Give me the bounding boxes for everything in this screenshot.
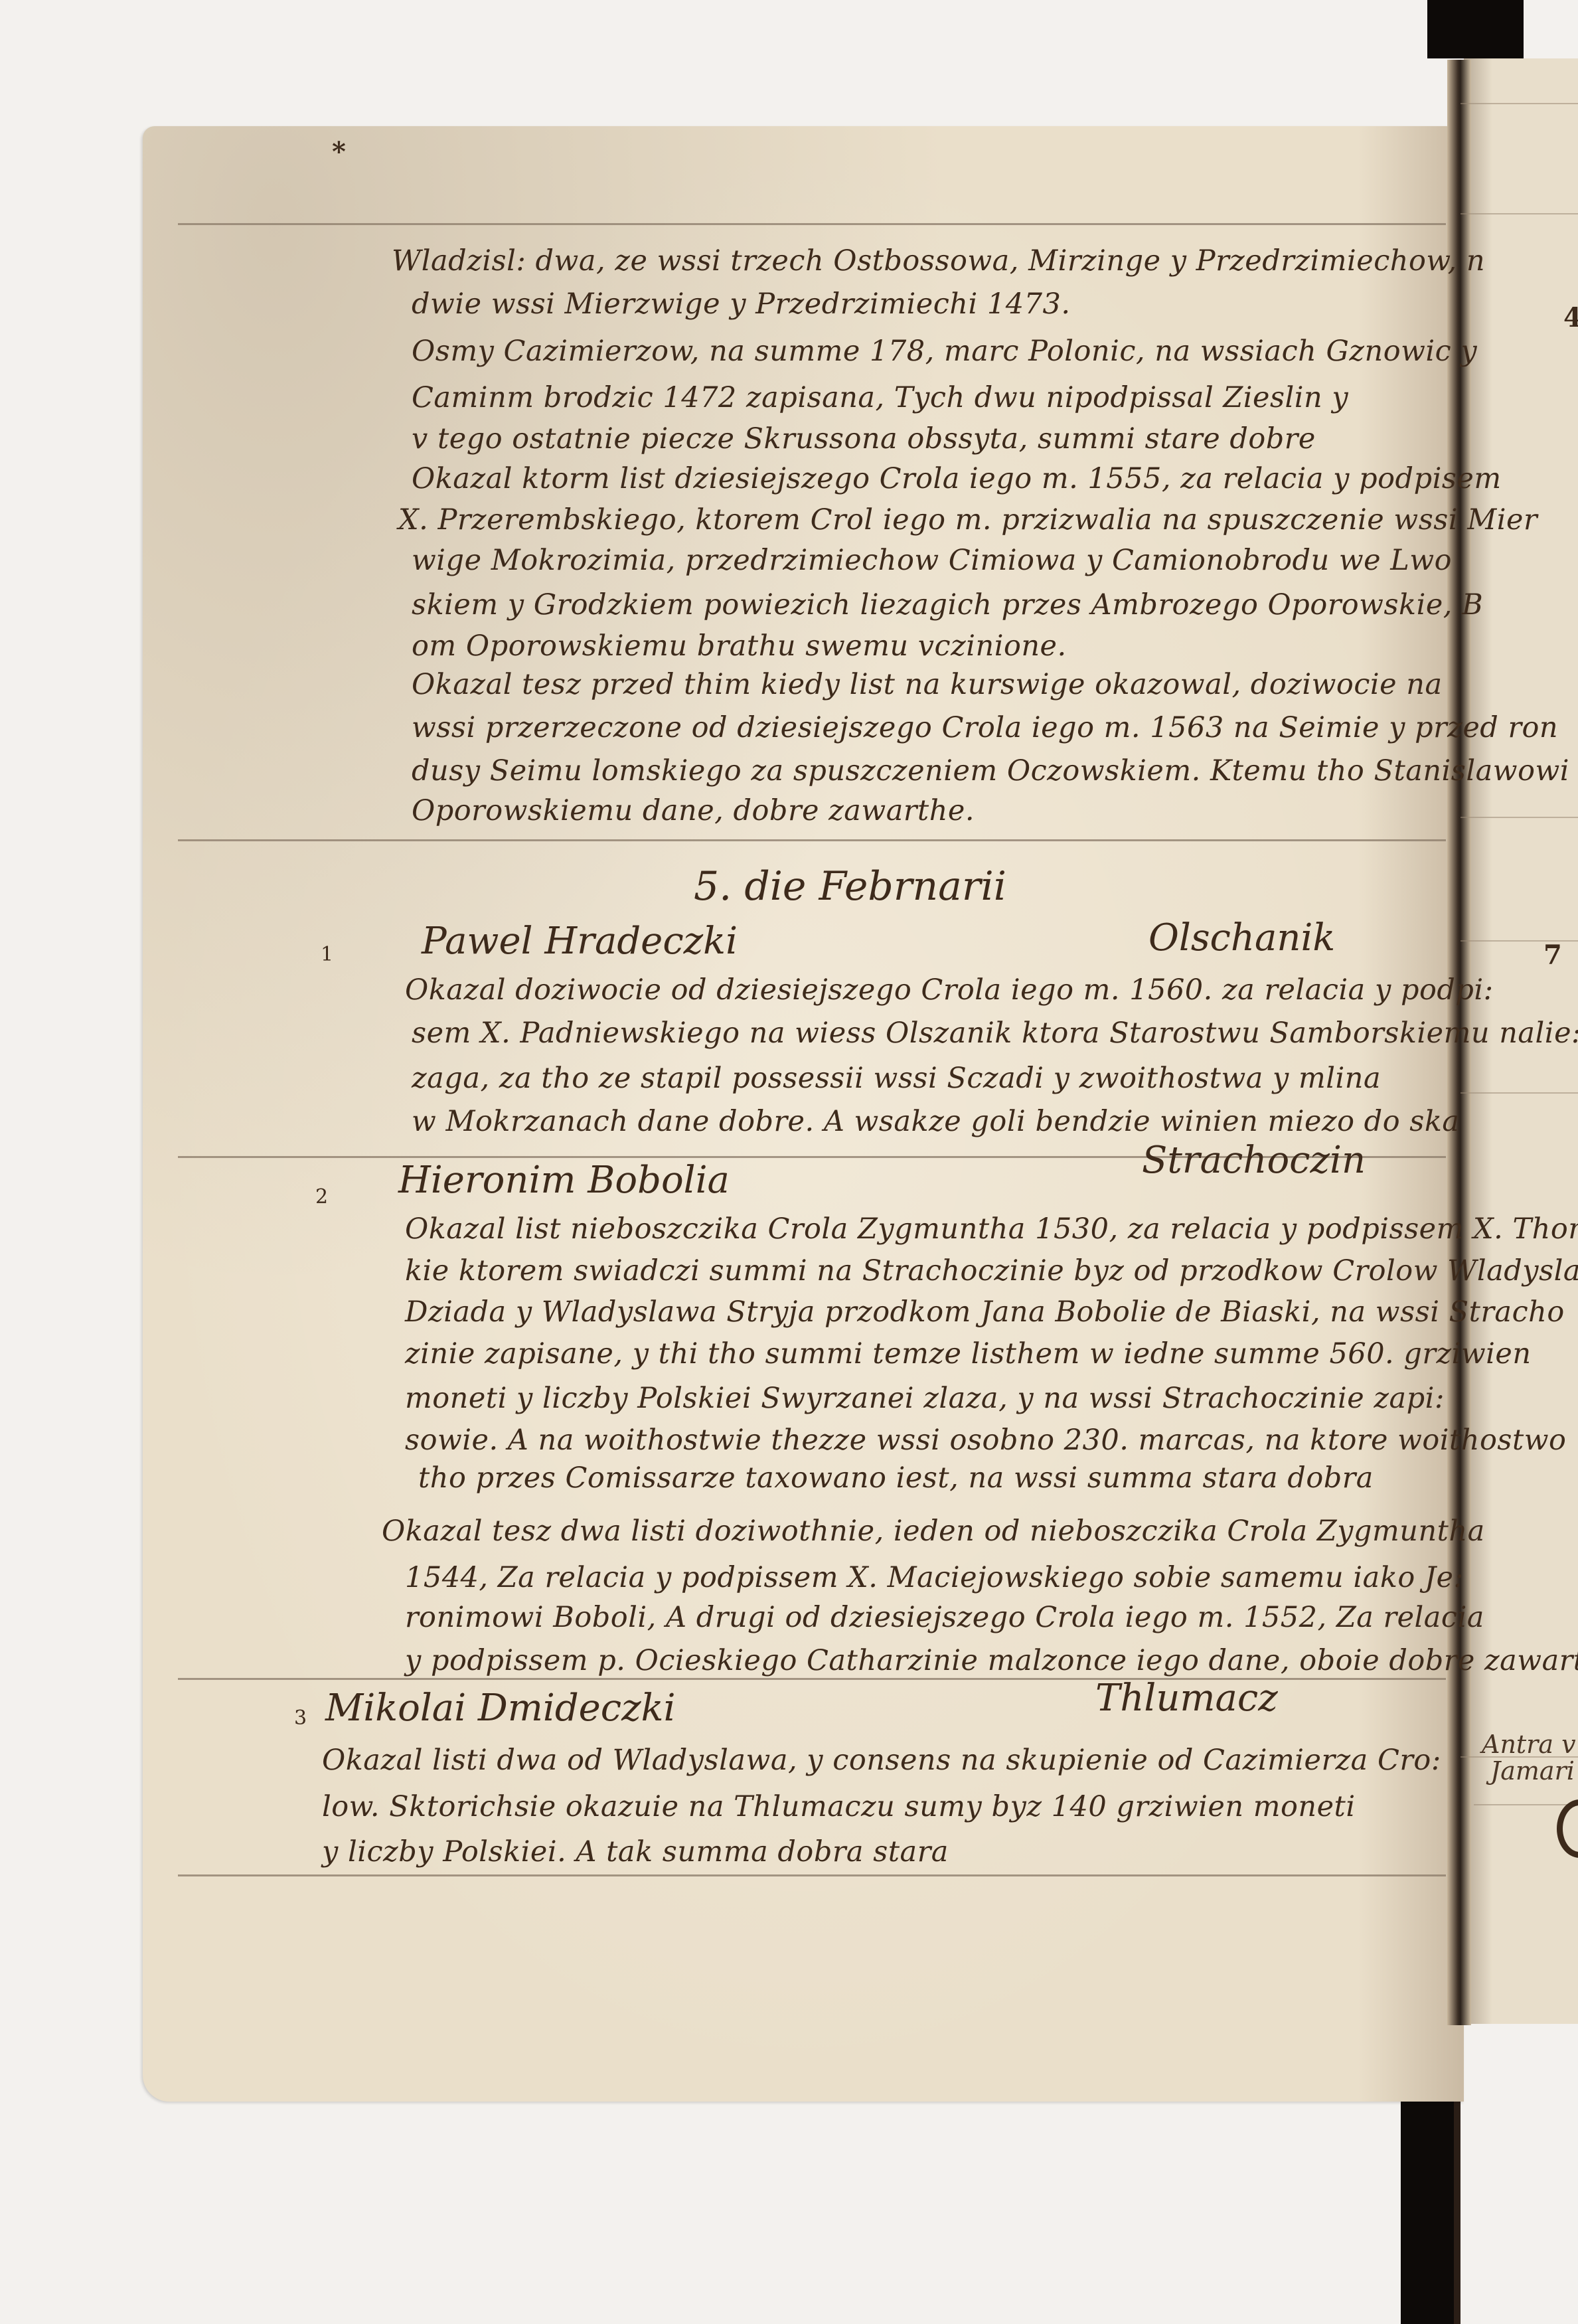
text-line: sem X. Padniewskiego na wiess Olszanik k… [412, 1019, 1578, 1048]
text-line: Oporowskiemu dane, dobre zawarthe. [412, 797, 975, 825]
right-page-text: Antra v [1482, 1730, 1576, 1759]
ruled-line-after-entry-3 [178, 1874, 1446, 1876]
right-page-text: Jamari [1490, 1756, 1575, 1785]
text-line: dwie wssi Mierzwige y Przedrzimiechi 147… [412, 290, 1071, 319]
entry-place: Thlumacz [1095, 1677, 1278, 1720]
right-page-number: 7 [1543, 940, 1562, 971]
text-line: Okazal doziwocie od dziesiejszego Crola … [405, 976, 1494, 1005]
text-line: wssi przerzeczone od dziesiejszego Crola… [412, 714, 1558, 742]
binding-strip-top [1427, 0, 1524, 58]
text-line: v tego ostatnie piecze Skrussona obssyta… [412, 425, 1316, 454]
text-line: Okazal tesz przed thim kiedy list na kur… [412, 671, 1443, 699]
text-line: Caminm brodzic 1472 zapisana, Tych dwu n… [412, 384, 1348, 412]
entry-number: 1 [321, 943, 333, 966]
right-page-rule [1460, 213, 1578, 214]
text-line: zinie zapisane, y thi tho summi temze li… [405, 1340, 1532, 1369]
text-line: tho przes Comissarze taxowano iest, na w… [418, 1464, 1374, 1493]
date-heading: 5. die Febrnarii [694, 863, 1006, 910]
entry-number: 3 [294, 1706, 307, 1730]
text-line: kie ktorem swiadczi summi na Strachoczin… [405, 1257, 1578, 1286]
text-line: om Oporowskiemu brathu swemu vczinione. [412, 632, 1067, 661]
text-line: zaga, za tho ze stapil possessii wssi Sc… [412, 1064, 1381, 1093]
entry-name: Hieronim Bobolia [398, 1159, 730, 1202]
entry-name: Pawel Hradeczki [422, 920, 738, 963]
text-line: y liczby Polskiei. A tak summa dobra sta… [322, 1838, 949, 1867]
right-page-rule [1460, 817, 1578, 818]
text-line: y podpissem p. Ocieskiego Catharzinie ma… [405, 1647, 1578, 1675]
text-line: X. Przerembskiego, ktorem Crol iego m. p… [398, 506, 1538, 535]
text-line: skiem y Grodzkiem powiezich liezagich pr… [412, 591, 1483, 620]
corner-mark: * [332, 136, 346, 167]
right-page-rule [1460, 103, 1578, 104]
text-line: Okazal tesz dwa listi doziwothnie, iеden… [382, 1517, 1485, 1546]
text-line: moneti y liczby Polskiei Swyrzanei zlaza… [405, 1384, 1445, 1413]
text-line: Osmy Cazimierzow, na summe 178, marc Pol… [412, 337, 1477, 366]
ruled-line-after-top-block [178, 839, 1446, 841]
text-line: Okazal listi dwa od Wladyslawa, y consen… [322, 1746, 1441, 1775]
text-line: low. Sktorichsie okazuie na Thlumaczu su… [322, 1793, 1356, 1821]
right-page-number: 4 [1563, 302, 1578, 333]
text-line: Wladzisl: dwa, ze wssi trzech Ostbossowa… [392, 247, 1485, 276]
entry-place: Strachoczin [1142, 1139, 1366, 1182]
text-line: ronimowi Boboli, A drugi od dziesiejszeg… [405, 1604, 1484, 1632]
text-line: sowie. A na woithostwie thezze wssi osob… [405, 1426, 1566, 1455]
ruled-line-top [178, 223, 1446, 225]
right-page-rule [1474, 1804, 1578, 1805]
text-line: Okazal ktorm list dziesiejszego Crola ie… [412, 465, 1502, 493]
text-line: 1544, Za relacia y podpissem X. Maciejow… [405, 1564, 1464, 1592]
entry-number: 2 [315, 1185, 328, 1208]
text-line: Dziada y Wladyslawa Stryja przodkom Jana… [405, 1298, 1565, 1327]
text-line: w Mokrzanach dane dobre. A wsakze goli b… [412, 1108, 1460, 1136]
entry-name: Mikolai Dmideczki [325, 1687, 676, 1730]
text-line: Okazal list nieboszczika Crola Zygmuntha… [405, 1215, 1578, 1244]
right-page-rule [1460, 1092, 1578, 1094]
text-line: wige Mokrozimia, przedrzimiechow Cimiowa… [412, 546, 1452, 575]
text-line: dusy Seimu lomskiego za spuszczeniem Ocz… [412, 757, 1569, 786]
entry-place: Olschanik [1148, 916, 1335, 959]
